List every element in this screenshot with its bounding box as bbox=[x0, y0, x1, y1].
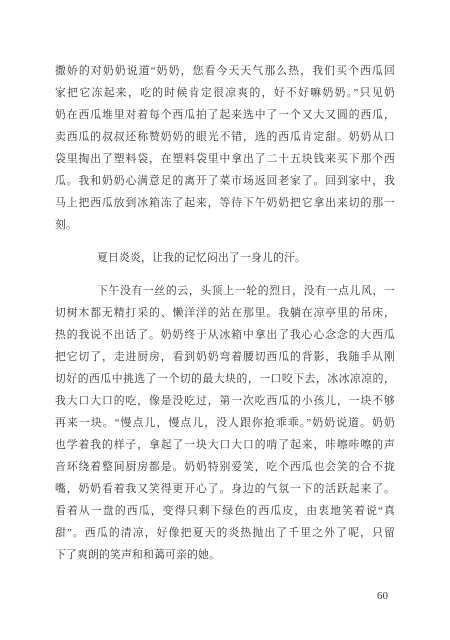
paragraph: 夏日炎炎，让我的记忆闷出了一身儿的汗。 bbox=[55, 247, 395, 269]
text-line: 下了爽朗的笑声和和蔼可亲的她。 bbox=[55, 544, 395, 566]
text-line: 袋里掏出了塑料袋，在塑料袋里中拿出了二十五块钱来买下那个西 bbox=[55, 148, 395, 170]
text-line: 再来一块。“慢点儿，慢点儿，没人跟你抢乖乖。”奶奶说道。奶奶 bbox=[55, 412, 395, 434]
text-line: 嘴，奶奶看着我又笑得更开心了。身边的气氛一下的活跃起来了。 bbox=[55, 478, 395, 500]
text-line: 音环绕着整间厨房都是。奶奶特别爱笑，吃个西瓜也会笑的合不拢 bbox=[55, 456, 395, 478]
essay-text: 撒娇的对奶奶说道“奶奶，您看今天天气那么热，我们买个西瓜回家把它冻起来，吃的时候… bbox=[55, 60, 395, 566]
text-line: 夏日炎炎，让我的记忆闷出了一身儿的汗。 bbox=[55, 247, 395, 269]
text-line: 瓜。我和奶奶心满意足的离开了菜市场返回老家了。回到家中，我 bbox=[55, 170, 395, 192]
text-line: 奶在西瓜堆里对着每个西瓜拍了起来选中了一个又大又圆的西瓜， bbox=[55, 104, 395, 126]
text-line: 切树木都无精打采的、懒洋洋的站在那里。我躺在凉亭里的吊床， bbox=[55, 302, 395, 324]
page-number: 60 bbox=[377, 589, 388, 603]
text-line: 热的我说不出话了。奶奶终于从冰箱中拿出了我心心念念的大西瓜 bbox=[55, 324, 395, 346]
text-line: 刻。 bbox=[55, 214, 395, 236]
text-line: 马上把西瓜放到冰箱冻了起来，等待下午奶奶把它拿出来切的那一 bbox=[55, 192, 395, 214]
text-line: 也学着我的样子，拿起了一块大口大口的啃了起来，咔嚓咔嚓的声 bbox=[55, 434, 395, 456]
paragraph: 下午没有一丝的云，头顶上一轮的烈日，没有一点儿风，一切树木都无精打采的、懒洋洋的… bbox=[55, 280, 395, 566]
text-line: 卖西瓜的叔叔还称赞奶奶的眼光不错，选的西瓜肯定甜。奶奶从口 bbox=[55, 126, 395, 148]
text-line: 把它切了，走进厨房，看到奶奶弯着腰切西瓜的背影，我随手从刚 bbox=[55, 346, 395, 368]
text-line: 看着从一盘的西瓜，变得只剩下绿色的西瓜皮，由衷地笑着说“真 bbox=[55, 500, 395, 522]
text-line: 下午没有一丝的云，头顶上一轮的烈日，没有一点儿风，一 bbox=[55, 280, 395, 302]
text-line: 切好的西瓜中挑选了一个切的最大块的，一口咬下去，冰冰凉凉的， bbox=[55, 368, 395, 390]
text-line: 撒娇的对奶奶说道“奶奶，您看今天天气那么热，我们买个西瓜回 bbox=[55, 60, 395, 82]
document-page: 撒娇的对奶奶说道“奶奶，您看今天天气那么热，我们买个西瓜回家把它冻起来，吃的时候… bbox=[0, 0, 450, 640]
text-line: 家把它冻起来，吃的时候肯定很凉爽的，好不好嘛奶奶。”只见奶 bbox=[55, 82, 395, 104]
paragraph: 撒娇的对奶奶说道“奶奶，您看今天天气那么热，我们买个西瓜回家把它冻起来，吃的时候… bbox=[55, 60, 395, 236]
text-line: 我大口大口的吃，像是没吃过，第一次吃西瓜的小孩儿，一块不够 bbox=[55, 390, 395, 412]
text-line: 甜”。西瓜的清凉，好像把夏天的炎热抛出了千里之外了呢，只留 bbox=[55, 522, 395, 544]
